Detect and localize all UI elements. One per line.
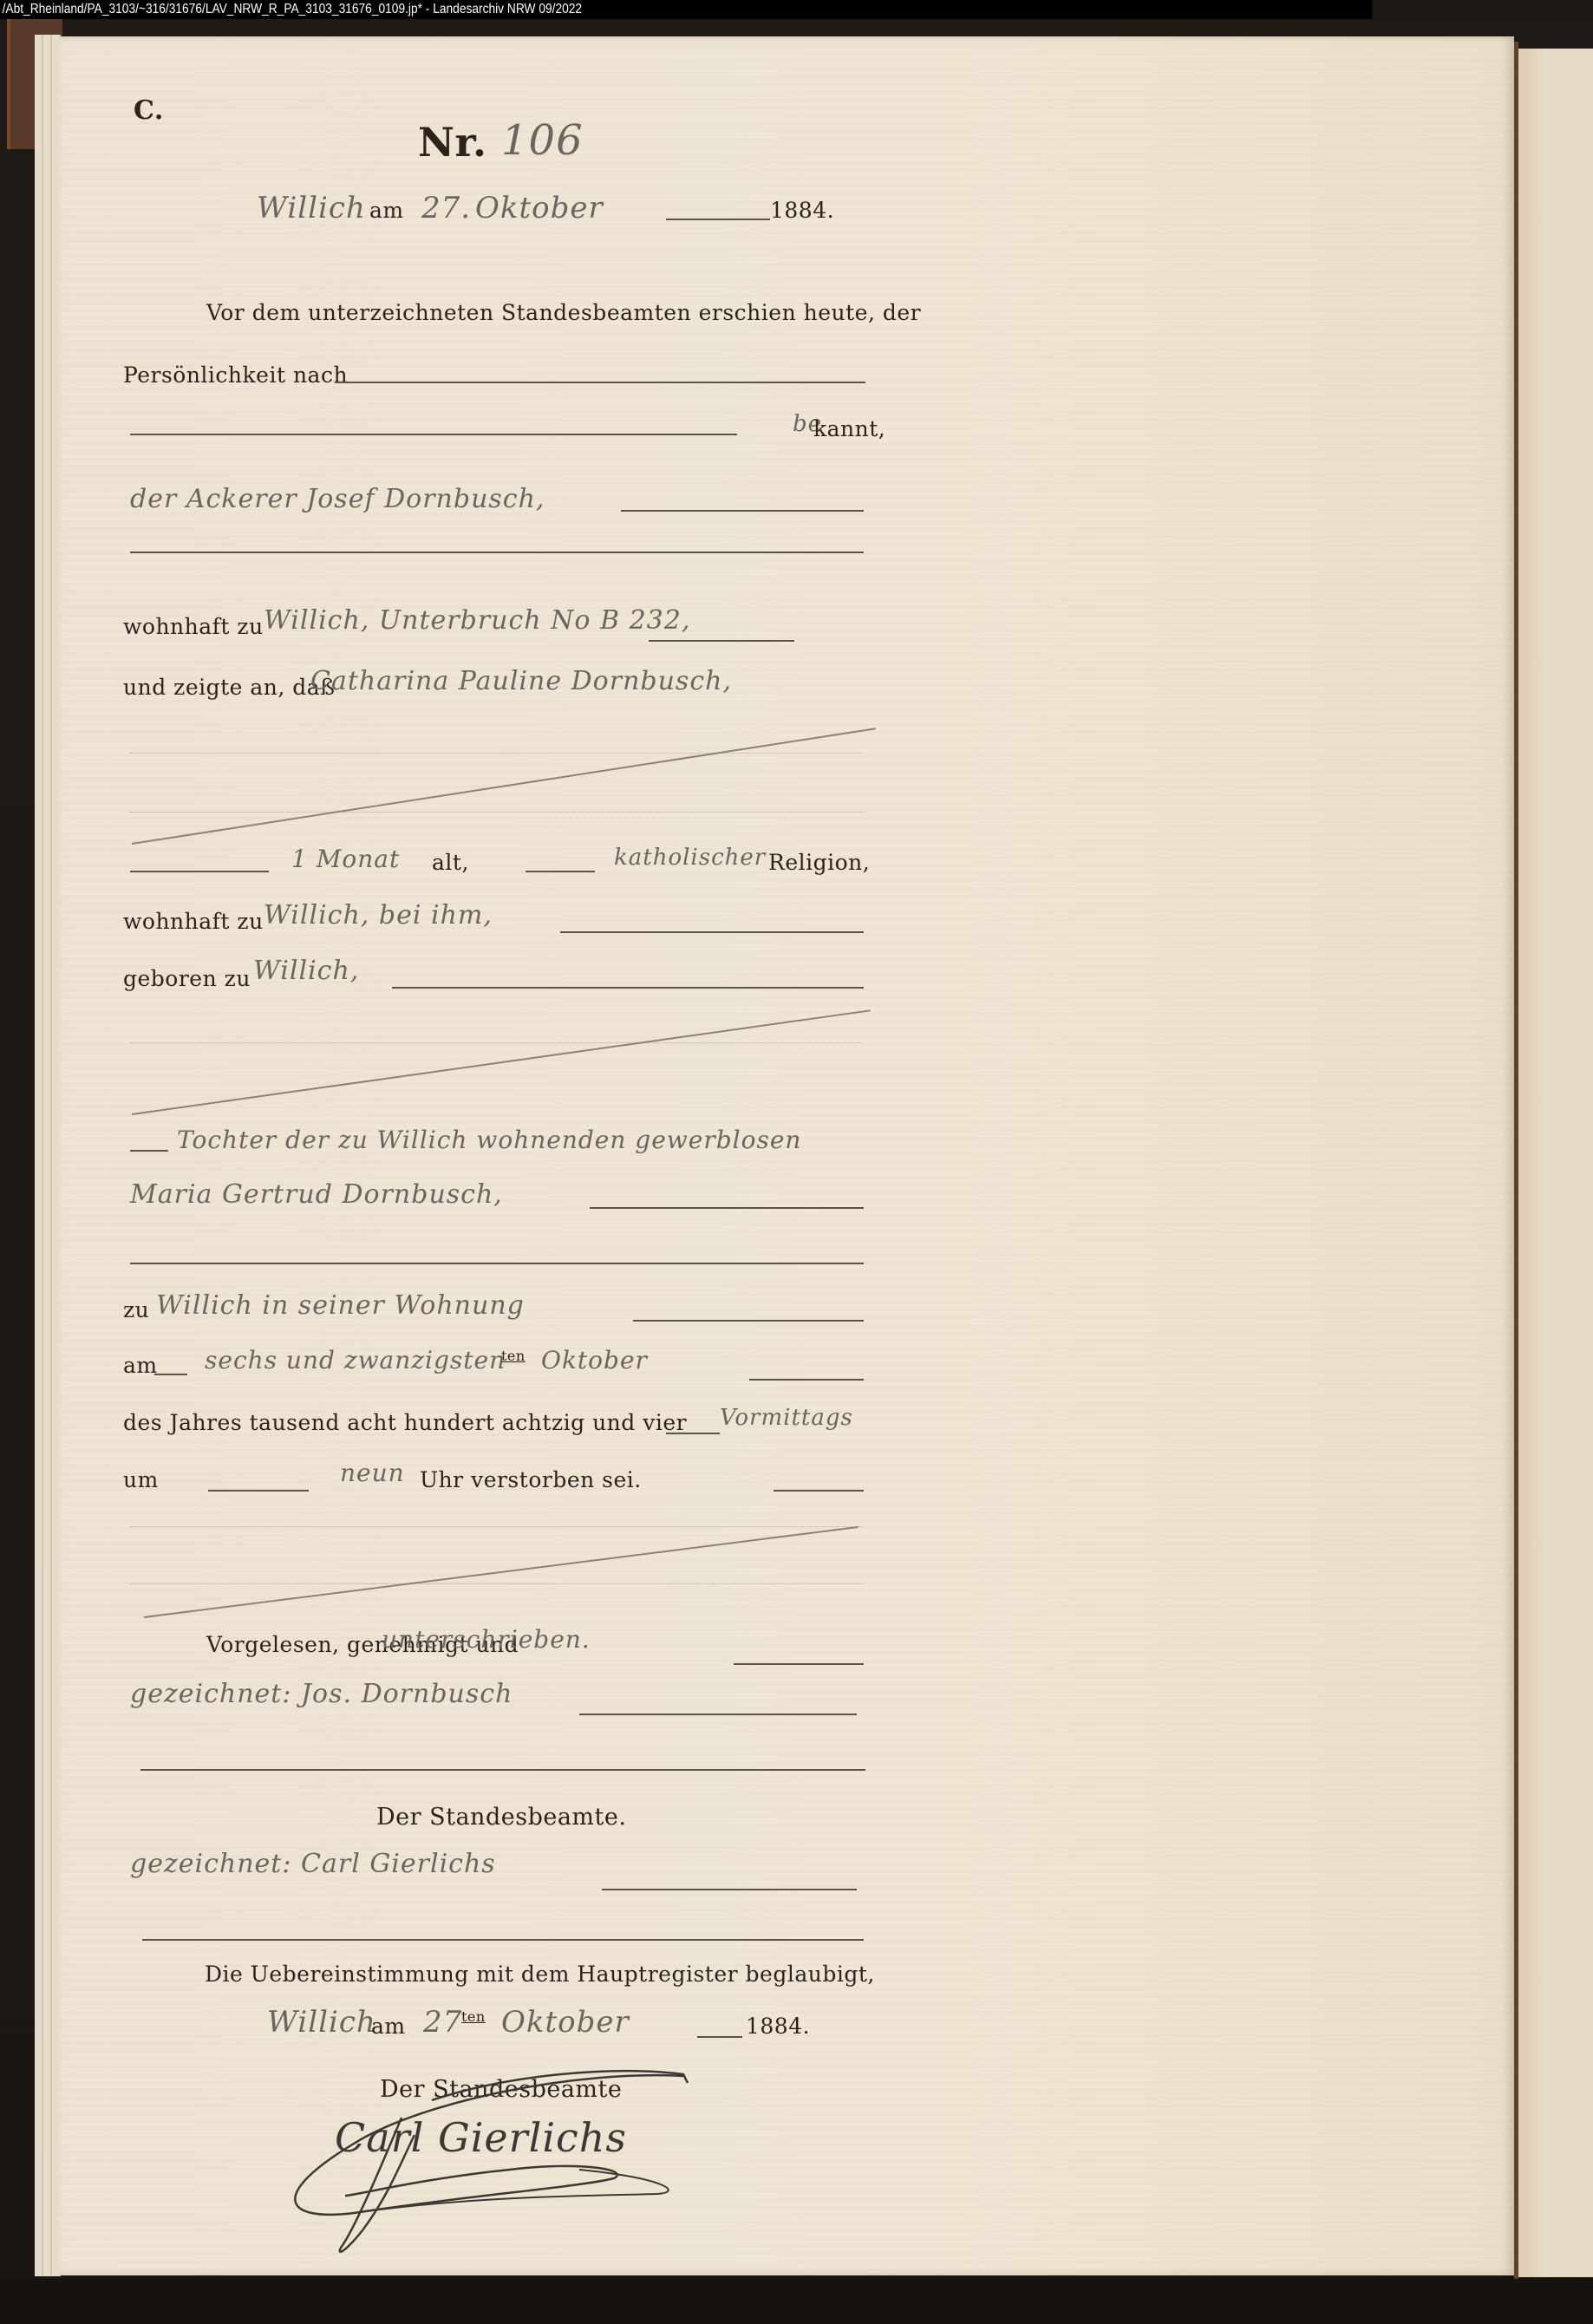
vorgelesen-hand: unterschrieben. — [382, 1625, 591, 1654]
header-am: am — [369, 198, 404, 223]
blank-rule-4 — [142, 1939, 864, 1941]
blank-rule-3 — [140, 1769, 865, 1771]
informant-signature-rule — [579, 1714, 857, 1715]
alt-label: alt, — [432, 850, 469, 875]
informant-signature: gezeichnet: Jos. Dornbusch — [130, 1679, 513, 1709]
um-label: um — [123, 1467, 159, 1492]
cert-date-rule — [697, 2036, 742, 2038]
religion-rule — [526, 871, 595, 872]
signature-flourish — [250, 2066, 735, 2274]
facing-page — [1518, 49, 1593, 2277]
vorgelesen-rule — [734, 1663, 864, 1665]
informant-residence: Willich, Unterbruch No B 232, — [264, 605, 690, 636]
deceased-name: Catharina Pauline Dornbusch, — [310, 666, 732, 696]
death-record-form: C. Nr. 106 Willich am 27. Oktober 1884. … — [59, 36, 1514, 2275]
am-dash — [154, 1374, 187, 1375]
certification-text: Die Uebereinstimmung mit dem Hauptregist… — [205, 1962, 875, 1987]
am-rule — [749, 1379, 864, 1381]
zu-rule — [633, 1320, 864, 1322]
dotted-rule-3 — [130, 1042, 864, 1044]
deceased-religion: katholischer — [614, 845, 766, 871]
zeigte-label: und zeigte an, daß — [123, 675, 335, 700]
register-page: C. Nr. 106 Willich am 27. Oktober 1884. … — [59, 36, 1514, 2275]
death-day-suffix: ten — [501, 1348, 526, 1364]
parents-rule — [590, 1207, 864, 1209]
verstorben-text: Uhr verstorben sei. — [420, 1467, 642, 1492]
persoenlichkeit-label: Persönlichkeit nach — [123, 362, 348, 388]
wohnhaft2-rule — [560, 931, 864, 933]
cert-month: Oktober — [501, 2005, 630, 2040]
parents-line-2: Maria Gertrud Dornbusch, — [130, 1179, 503, 1210]
dotted-rule-1 — [130, 753, 864, 754]
wohnhaft-label: wohnhaft zu — [123, 614, 264, 639]
deceased-age: 1 Monat — [291, 845, 400, 873]
record-number-value: 106 — [501, 116, 584, 165]
year-dash — [666, 1433, 720, 1434]
dotted-rule-5 — [130, 1583, 864, 1585]
persoenlichkeit-rule — [335, 382, 865, 383]
place-of-death: Willich in seiner Wohnung — [156, 1290, 525, 1321]
strike-line-2 — [132, 1009, 871, 1115]
cert-day-suffix: ten — [461, 2008, 486, 2025]
informant-name: der Ackerer Josef Dornbusch, — [130, 484, 545, 514]
page-stack-edge — [35, 35, 61, 2276]
blank-rule-1 — [130, 552, 864, 553]
intro-line: Vor dem unterzeichneten Standesbeamten e… — [206, 300, 921, 325]
book-bottom-edge — [0, 2279, 1593, 2324]
registrar-signature-rule — [602, 1889, 857, 1890]
strike-line-1 — [132, 728, 876, 845]
birthplace: Willich, — [253, 956, 359, 986]
parents-dash — [130, 1150, 168, 1152]
wohnhaft-rule — [649, 640, 794, 642]
year-text: des Jahres tausend acht hundert achtzig … — [123, 1410, 687, 1435]
bekannt-rule — [130, 434, 737, 435]
header-day: 27. — [421, 191, 471, 225]
religion-label: Religion, — [768, 850, 870, 875]
zu-label: zu — [123, 1297, 149, 1322]
deceased-residence: Willich, bei ihm, — [264, 900, 493, 930]
informant-rule — [621, 510, 864, 512]
header-place: Willich — [257, 191, 366, 225]
cert-place: Willich — [267, 2005, 376, 2040]
time-of-day: Vormittags — [720, 1405, 853, 1431]
wohnhaft2-label: wohnhaft zu — [123, 909, 264, 934]
registrar-signature: gezeichnet: Carl Gierlichs — [130, 1849, 496, 1879]
um-rule — [208, 1490, 309, 1492]
header-date-rule — [666, 219, 770, 220]
dotted-rule-4 — [130, 1526, 864, 1528]
verstorben-rule — [774, 1490, 864, 1492]
cert-year: 1884. — [746, 2014, 810, 2039]
registrar-title: Der Standesbeamte. — [376, 1804, 626, 1831]
death-month: Oktober — [541, 1346, 648, 1374]
bekannt-print: kannt, — [813, 416, 885, 441]
am-label: am — [123, 1353, 158, 1378]
viewer-title-bar: /Abt_Rheinland/PA_3103/~316/31676/LAV_NR… — [0, 0, 1372, 19]
geboren-rule — [392, 987, 864, 989]
header-month: Oktober — [475, 191, 604, 225]
blank-rule-2 — [130, 1263, 864, 1264]
header-year: 1884. — [770, 198, 834, 223]
series-letter: C. — [134, 95, 164, 126]
cert-am: am — [371, 2014, 406, 2039]
hour-of-death: neun — [340, 1459, 405, 1487]
parents-line-1: Tochter der zu Willich wohnenden gewerbl… — [177, 1126, 801, 1154]
death-day: sechs und zwanzigsten — [205, 1346, 506, 1374]
strike-line-3 — [144, 1526, 859, 1618]
age-rule — [130, 871, 269, 872]
cert-day: 27 — [423, 2005, 462, 2040]
record-number-label: Nr. — [418, 119, 487, 166]
geboren-label: geboren zu — [123, 966, 251, 991]
dotted-rule-2 — [130, 812, 864, 813]
